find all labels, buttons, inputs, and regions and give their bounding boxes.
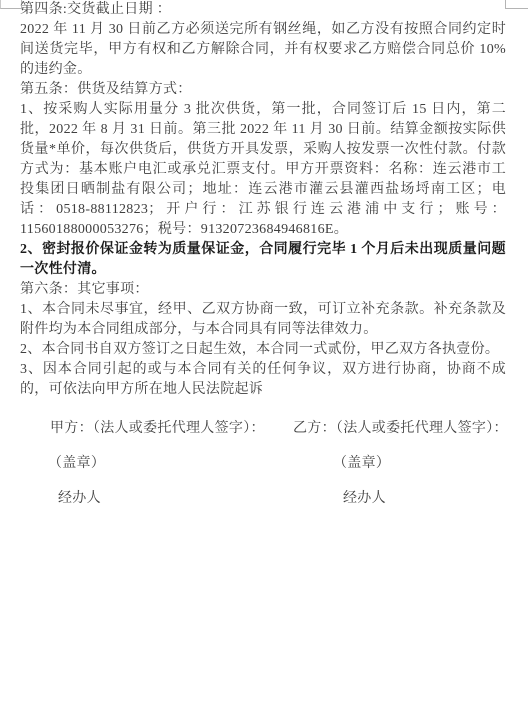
clause-5-item-1: 1、按采购人实际用量分 3 批次供货，第一批，合同签订后 15 日内，第二批，2… [20, 100, 506, 240]
party-a-handler-label: 经办人 [58, 489, 101, 509]
party-b-signature-label: 乙方：（法人或委托代理人签字）： [293, 419, 508, 439]
clause-4-body: 2022 年 11 月 30 日前乙方必须送完所有钢丝绳，如乙方没有按照合同约定… [20, 20, 506, 80]
document-page: 第四条:交货截止日期 ： 2022 年 11 月 30 日前乙方必须送完所有钢丝… [0, 0, 532, 703]
clause-6-heading: 第六条：其它事项： [20, 280, 506, 300]
signature-seals-row: （盖章） （盖章） [20, 454, 506, 474]
clause-6-item-1: 1、本合同未尽事宜，经甲、乙双方协商一致，可订立补充条款。补充条款及附件均为本合… [20, 300, 506, 340]
party-a-signature-label: 甲方：（法人或委托代理人签字）： [50, 419, 265, 439]
margin-crop-mark-left [0, 0, 22, 9]
party-a-seal-label: （盖章） [48, 454, 105, 474]
document-body: 第四条:交货截止日期 ： 2022 年 11 月 30 日前乙方必须送完所有钢丝… [20, 0, 506, 509]
clause-6-item-2: 2、本合同书自双方签订之日起生效，本合同一式贰份，甲乙双方各执壹份。 [20, 340, 506, 360]
margin-crop-mark-right [505, 0, 528, 9]
signature-labels-row: 甲方：（法人或委托代理人签字）： 乙方：（法人或委托代理人签字）： [20, 419, 506, 439]
clause-5-heading: 第五条：供货及结算方式： [20, 80, 506, 100]
signature-handler-row: 经办人 经办人 [20, 489, 506, 509]
clause-6-item-3: 3、因本合同引起的或与本合同有关的任何争议，双方进行协商，协商不成的，可依法向甲… [20, 360, 506, 400]
clause-4-heading: 第四条:交货截止日期 ： [20, 0, 506, 20]
party-b-seal-label: （盖章） [333, 454, 390, 474]
clause-5-item-2-bold: 2、密封报价保证金转为质量保证金，合同履行完毕 1 个月后未出现质量问题一次性付… [20, 240, 506, 280]
party-b-handler-label: 经办人 [343, 489, 386, 509]
